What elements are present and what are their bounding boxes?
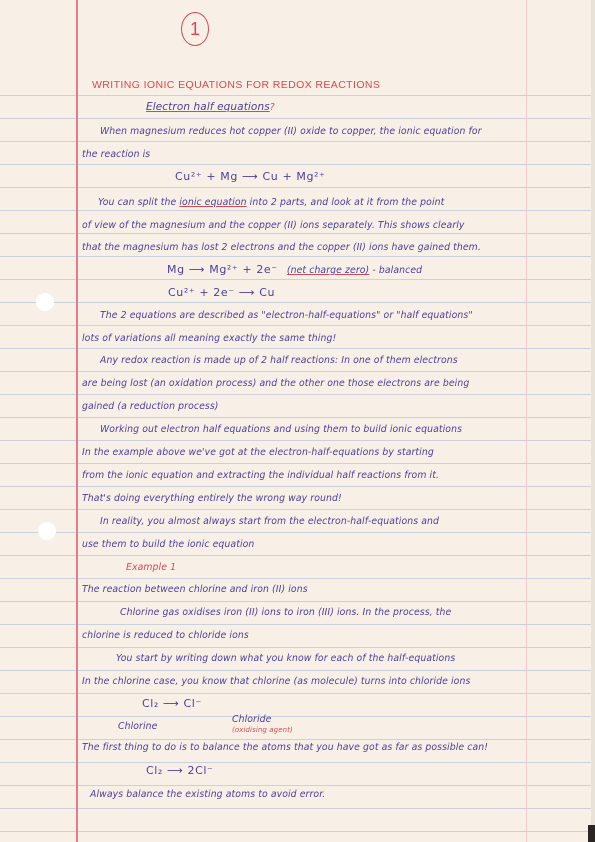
text-span: into 2 parts, and look at it from the po… [247,197,445,208]
text-line: of view of the magnesium and the copper … [82,220,465,231]
text-line: You can split the ionic equation into 2 … [98,197,444,208]
text-line: In the example above we've got at the el… [82,447,434,458]
page-title: WRITING IONIC EQUATIONS FOR REDOX REACTI… [92,79,380,91]
underlined-term: ionic equation [179,197,246,208]
text-line: Always balance the existing atoms to avo… [90,789,325,800]
text-line: from the ionic equation and extracting t… [82,470,439,481]
text-line: that the magnesium has lost 2 electrons … [82,242,481,253]
text-span: You can split the [98,197,179,208]
species-label: Chloride [232,714,271,725]
right-margin-line [526,0,527,842]
example-heading: Example 1 [126,562,176,573]
scan-edge-mark [588,825,595,842]
left-margin-line [76,0,78,842]
paper-edge [591,0,595,842]
punch-hole [36,293,54,311]
punch-hole [38,522,56,540]
notebook-page: 1 WRITING IONIC EQUATIONS FOR REDOX REAC… [0,0,595,842]
section-subtitle: Electron half equations? [146,101,275,113]
equation: Cu²⁺ + 2e⁻ ⟶ Cu [168,286,275,299]
equation-text: Mg ⟶ Mg²⁺ + 2e⁻ [167,263,278,276]
equation: Mg ⟶ Mg²⁺ + 2e⁻ (net charge zero) - bala… [167,263,422,276]
text-line: are being lost (an oxidation process) an… [82,378,469,389]
text-line: That's doing everything entirely the wro… [82,493,342,504]
text-line: Chlorine gas oxidises iron (II) ions to … [120,607,451,618]
text-line: You start by writing down what you know … [116,653,455,664]
text-line: Working out electron half equations and … [100,424,462,435]
subtitle-text: Electron half equations [146,101,270,113]
equation: Cl₂ ⟶ 2Cl⁻ [146,764,213,777]
species-note: (oxidising agent) [232,726,293,734]
text-line: In the chlorine case, you know that chlo… [82,676,470,687]
equation: Cu²⁺ + Mg ⟶ Cu + Mg²⁺ [175,170,325,183]
text-line: In reality, you almost always start from… [100,516,439,527]
text-line: gained (a reduction process) [82,401,219,412]
text-line: The 2 equations are described as "electr… [100,310,473,321]
text-line: use them to build the ionic equation [82,539,254,550]
text-line: the reaction is [82,149,150,160]
text-line: chlorine is reduced to chloride ions [82,630,249,641]
species-label: Chlorine [118,721,157,732]
text-line: The first thing to do is to balance the … [82,742,488,753]
text-line: lots of variations all meaning exactly t… [82,333,336,344]
subtitle-mark: ? [270,102,275,113]
equation-note: (net charge zero) [287,265,369,276]
text-line: Any redox reaction is made up of 2 half … [100,355,458,366]
page-number: 1 [181,12,209,46]
text-line: When magnesium reduces hot copper (II) o… [100,126,482,137]
equation-note: - balanced [369,265,422,276]
text-line: The reaction between chlorine and iron (… [82,584,308,595]
equation: Cl₂ ⟶ Cl⁻ [142,697,202,710]
